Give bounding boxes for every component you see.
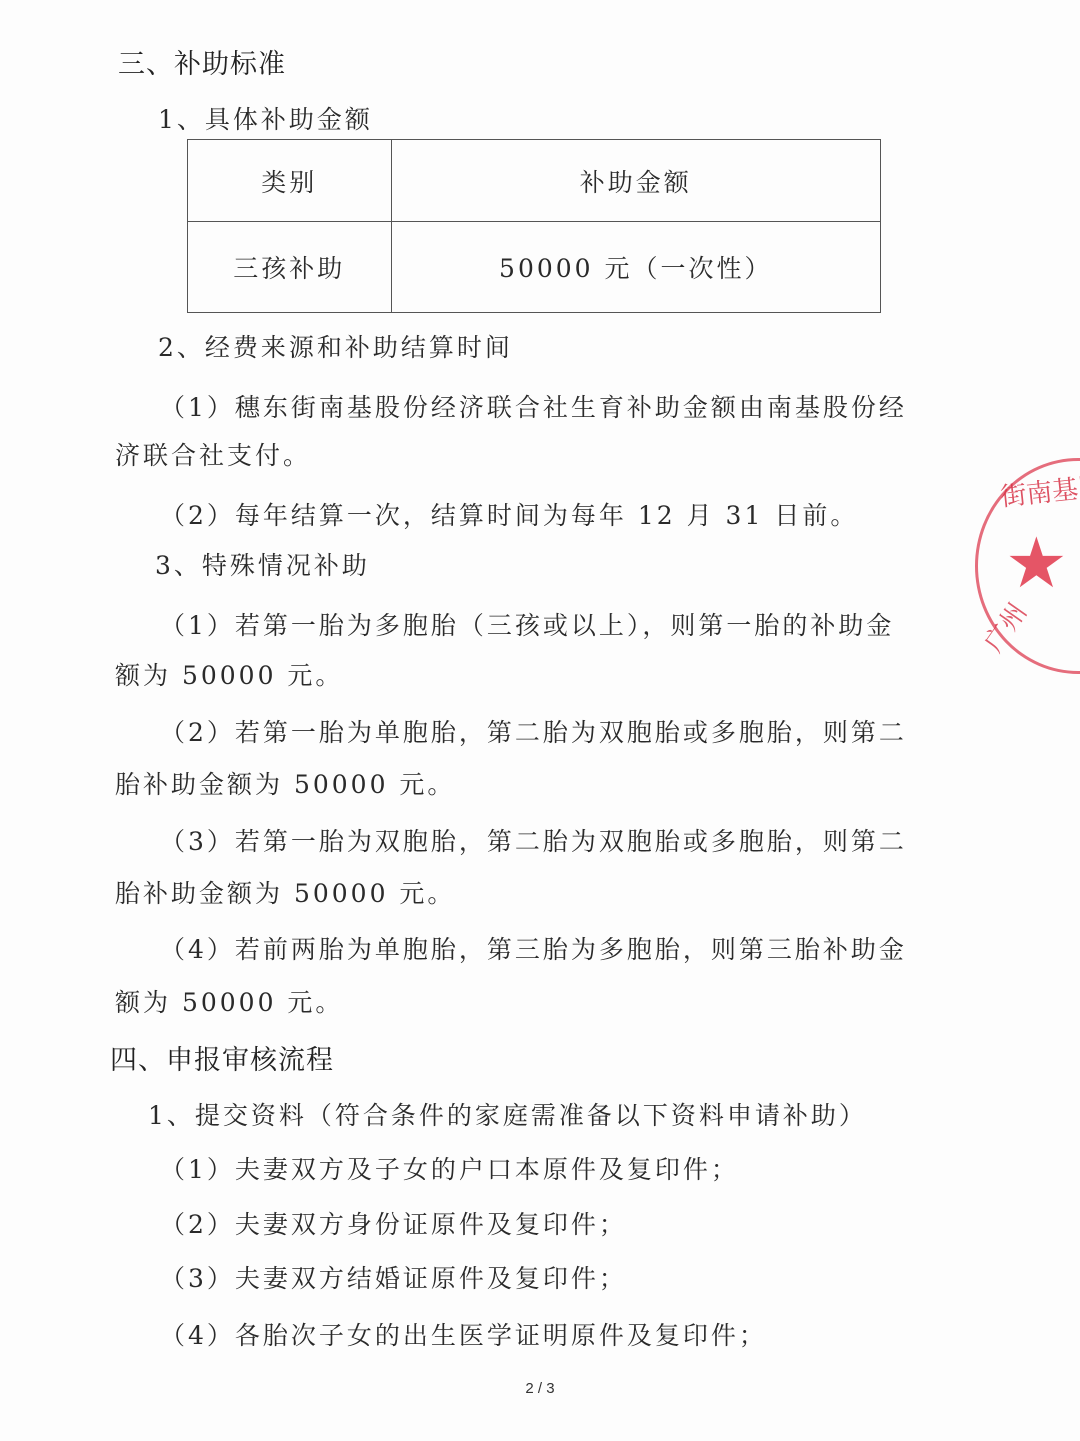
header-amount: 补助金额 <box>391 140 880 222</box>
list-item: （3）夫妻双方结婚证原件及复印件； <box>160 1259 627 1295</box>
paragraph-cont: 胎补助金额为 50000 元。 <box>115 874 455 910</box>
page-number: 2 / 3 <box>0 1380 1080 1397</box>
list-item: （1）夫妻双方及子女的户口本原件及复印件； <box>160 1150 739 1186</box>
cell-category: 三孩补助 <box>188 222 392 313</box>
paragraph: （1）若第一胎为多胞胎（三孩或以上），则第一胎的补助金 <box>160 606 894 642</box>
section-3-title: 三、补助标准 <box>118 42 286 81</box>
table-header-row: 类别 补助金额 <box>188 140 881 222</box>
subsection-1-title: 1、提交资料（符合条件的家庭需准备以下资料申请补助） <box>148 1096 867 1132</box>
subsection-3-title: 3、特殊情况补助 <box>155 546 370 582</box>
section-4-title: 四、申报审核流程 <box>110 1038 334 1077</box>
paragraph: （2）若第一胎为单胞胎，第二胎为双胞胎或多胞胎，则第二 <box>160 713 907 749</box>
subsection-2-title: 2、经费来源和补助结算时间 <box>158 328 513 364</box>
paragraph: （3）若第一胎为双胞胎，第二胎为双胞胎或多胞胎，则第二 <box>160 822 907 858</box>
cell-amount: 50000 元（一次性） <box>391 222 880 313</box>
paragraph-cont: 胎补助金额为 50000 元。 <box>115 765 455 801</box>
paragraph: （1）穗东街南基股份经济联合社生育补助金额由南基股份经 <box>160 388 907 424</box>
paragraph-cont: 济联合社支付。 <box>115 436 311 472</box>
list-item: （4）各胎次子女的出生医学证明原件及复印件； <box>160 1316 767 1352</box>
table-row: 三孩补助 50000 元（一次性） <box>188 222 881 313</box>
paragraph: （2）每年结算一次，结算时间为每年 12 月 31 日前。 <box>160 496 858 532</box>
header-category: 类别 <box>188 140 392 222</box>
list-item: （2）夫妻双方身份证原件及复印件； <box>160 1205 627 1241</box>
subsection-1-title: 1、具体补助金额 <box>158 100 373 136</box>
paragraph-cont: 额为 50000 元。 <box>115 983 343 1019</box>
paragraph: （4）若前两胎为单胞胎，第三胎为多胞胎，则第三胎补助金 <box>160 930 907 966</box>
paragraph-cont: 额为 50000 元。 <box>115 656 343 692</box>
seal-star-icon: ★ <box>1005 528 1068 598</box>
subsidy-table: 类别 补助金额 三孩补助 50000 元（一次性） <box>187 139 881 313</box>
